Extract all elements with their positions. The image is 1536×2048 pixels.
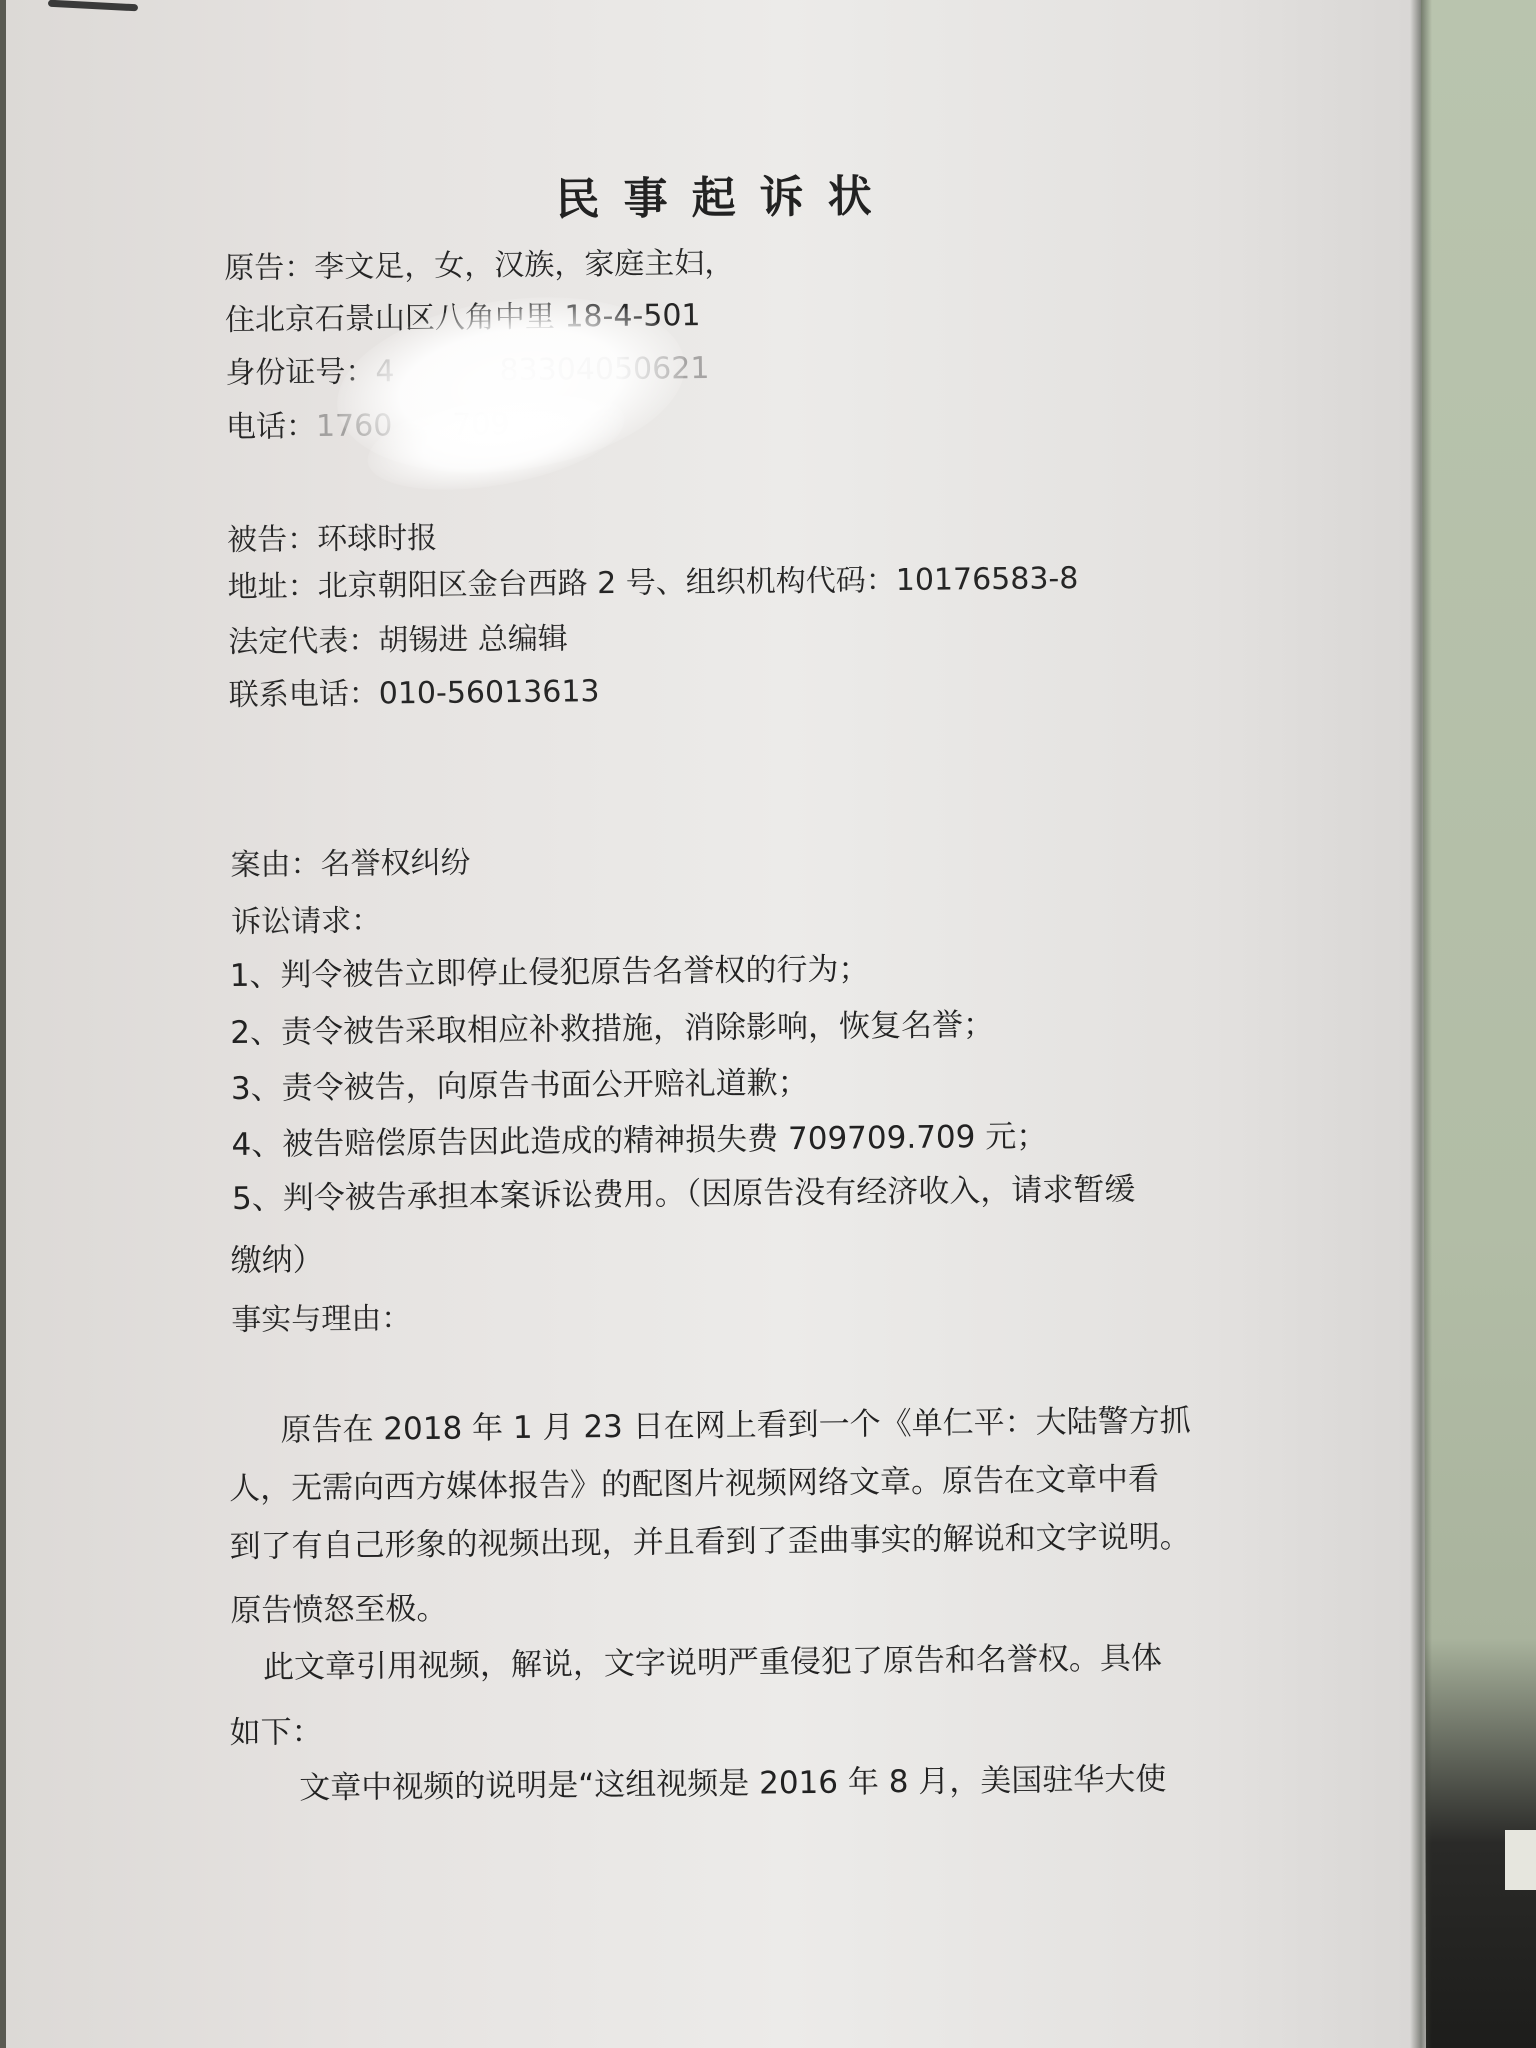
paper-edge-shadow: [1410, 0, 1432, 2048]
background-object: [1505, 1830, 1536, 1890]
plaintiff-phone-label: 电话：: [226, 409, 316, 445]
claim-item: 5、判令被告承担本案诉讼费用。（因原告没有经济收入，请求暂缓: [232, 1164, 1136, 1218]
claim-item: 3、责令被告，向原告书面公开赔礼道歉；: [231, 1057, 809, 1108]
defendant-representative: 法定代表：胡锡进 总编辑: [228, 613, 568, 661]
facts-paragraph-line: 原告愤怒至极。: [230, 1583, 447, 1630]
defendant-name: 被告：环球时报: [227, 513, 437, 559]
complaint-document: 民事起诉状 原告：李文足，女，汉族，家庭主妇， 住北京石景山区八角中里 18-4…: [0, 0, 1437, 2048]
defendant-phone: 联系电话：010-56013613: [229, 666, 600, 714]
facts-paragraph-line: 到了有自己形象的视频出现，并且看到了歪曲事实的解说和文字说明。: [229, 1511, 1190, 1566]
facts-paragraph-line: 此文章引用视频，解说，文字说明严重侵犯了原告和名誉权。具体: [263, 1632, 1162, 1686]
claims-heading: 诉讼请求：: [231, 895, 381, 941]
claim-item: 4、被告赔偿原告因此造成的精神损失费 709709.709 元；: [231, 1110, 1047, 1164]
facts-paragraph-line: 原告在 2018 年 1 月 23 日在网上看到一个《单仁平：大陆警方抓: [280, 1395, 1191, 1450]
paper-sheet: 民事起诉状 原告：李文足，女，汉族，家庭主妇， 住北京石景山区八角中里 18-4…: [6, 0, 1426, 2048]
facts-heading: 事实与理由：: [231, 1293, 411, 1339]
facts-paragraph-line: 如下：: [229, 1706, 322, 1752]
claim-item: 2、责令被告采取相应补救措施，消除影响，恢复名誉；: [230, 999, 994, 1052]
photo-left-edge: [0, 0, 6, 2048]
document-title: 民事起诉状: [555, 160, 896, 228]
defendant-address: 地址：北京朝阳区金台西路 2 号、组织机构代码：10176583-8: [227, 553, 1078, 606]
background-wall: [1420, 0, 1536, 2048]
plaintiff-info: 原告：李文足，女，汉族，家庭主妇，: [224, 238, 734, 287]
facts-paragraph-line: 人，无需向西方媒体报告》的配图片视频网络文章。原告在文章中看: [229, 1453, 1159, 1508]
case-cause: 案由：名誉权纠纷: [230, 837, 470, 884]
claim-item: 1、判令被告立即停止侵犯原告名誉权的行为；: [229, 943, 869, 995]
facts-paragraph-line: 文章中视频的说明是“这组视频是 2016 年 8 月，美国驻华大使: [299, 1753, 1167, 1807]
claim-item-continued: 缴纳）: [230, 1234, 323, 1280]
